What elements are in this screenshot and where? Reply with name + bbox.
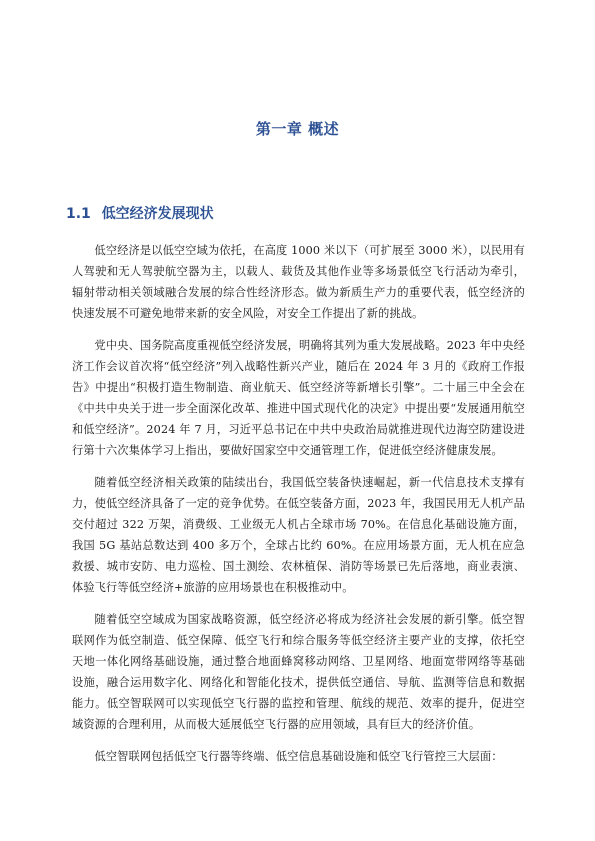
chapter-title: 第一章 概述 <box>0 118 595 139</box>
body-text: 低空经济是以低空空域为依托，在高度 1000 米以下（可扩展至 3000 米），… <box>72 240 525 778</box>
section-number: 1.1 <box>66 206 91 222</box>
paragraph-three-layers: 低空智联网包括低空飞行器等终端、低空信息基础设施和低空飞行管控三大层面： <box>72 746 525 767</box>
paragraph-definition: 低空经济是以低空空域为依托，在高度 1000 米以下（可扩展至 3000 米），… <box>72 240 525 324</box>
paragraph-policy: 党中央、国务院高度重视低空经济发展，明确将其列为重大发展战略。2023 年中央经… <box>72 335 525 461</box>
section-title: 低空经济发展现状 <box>102 206 214 222</box>
section-heading: 1.1 低空经济发展现状 <box>66 203 214 223</box>
paragraph-smart-network: 随着低空空域成为国家战略资源，低空经济必将成为经济社会发展的新引擎。低空智联网作… <box>72 609 525 735</box>
paragraph-competitiveness: 随着低空经济相关政策的陆续出台，我国低空装备快速崛起，新一代信息技术支撑有力，使… <box>72 472 525 598</box>
